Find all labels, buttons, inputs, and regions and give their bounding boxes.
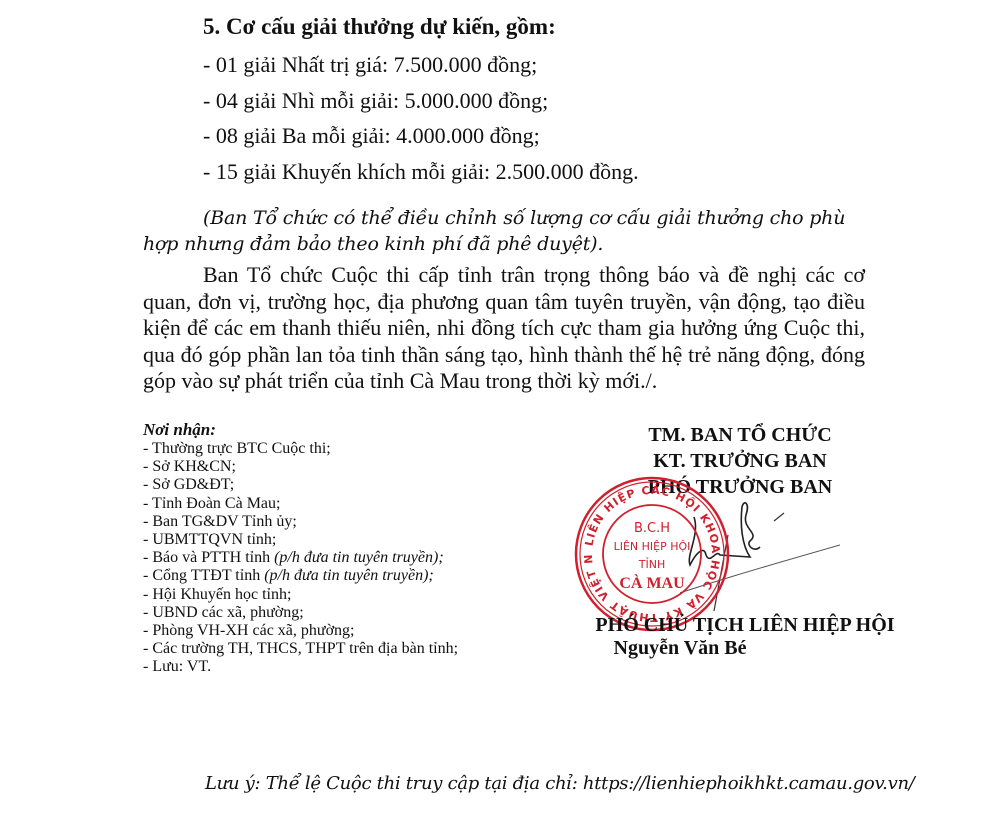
stamp-center-line: CÀ MAU xyxy=(619,573,685,592)
recipients-title: Nơi nhận: xyxy=(143,420,216,440)
recipient-item: - Ban TG&DV Tỉnh ủy; xyxy=(143,513,458,531)
signature-line: KT. TRƯỞNG BAN xyxy=(570,448,910,474)
recipient-item: - Các trường TH, THCS, THPT trên địa bàn… xyxy=(143,640,458,658)
recipient-name: - Ban TG&DV Tỉnh ủy; xyxy=(143,513,297,530)
recipient-item: - Hội Khuyến học tỉnh; xyxy=(143,586,458,604)
recipient-name: - Sở KH&CN; xyxy=(143,458,236,475)
recipient-item: - UBND các xã, phường; xyxy=(143,604,458,622)
recipient-name: - Hội Khuyến học tỉnh; xyxy=(143,586,291,603)
stamp-center-line: LIÊN HIỆP HỘI xyxy=(614,540,691,553)
recipient-name: - Tỉnh Đoàn Cà Mau; xyxy=(143,495,280,512)
prize-item: - 01 giải Nhất trị giá: 7.500.000 đồng; xyxy=(203,50,639,86)
recipient-item: - Sở KH&CN; xyxy=(143,458,458,476)
recipient-name: - Phòng VH-XH các xã, phường; xyxy=(143,622,354,639)
recipient-name: - Thường trực BTC Cuộc thi; xyxy=(143,440,331,457)
recipient-item: - Lưu: VT. xyxy=(143,658,458,676)
body-paragraph: Ban Tổ chức Cuộc thi cấp tỉnh trân trọng… xyxy=(143,262,865,395)
recipient-item: - UBMTTQVN tỉnh; xyxy=(143,531,458,549)
recipient-item: - Báo và PTTH tỉnh (p/h đưa tin tuyên tr… xyxy=(143,549,458,567)
prize-item: - 04 giải Nhì mỗi giải: 5.000.000 đồng; xyxy=(203,86,639,122)
recipient-item: - Cổng TTĐT tỉnh (p/h đưa tin tuyên truy… xyxy=(143,567,458,585)
recipient-note: (p/h đưa tin tuyên truyền); xyxy=(264,567,434,584)
signature-line: TM. BAN TỔ CHỨC xyxy=(570,422,910,448)
recipient-item: - Sở GD&ĐT; xyxy=(143,476,458,494)
recipient-name: - UBND các xã, phường; xyxy=(143,604,304,621)
prize-note: (Ban Tổ chức có thể điều chỉnh số lượng … xyxy=(143,205,863,257)
recipient-name: - Báo và PTTH tỉnh xyxy=(143,549,274,566)
prize-item: - 15 giải Khuyến khích mỗi giải: 2.500.0… xyxy=(203,157,639,193)
signer-name: Nguyễn Văn Bé xyxy=(575,636,785,660)
recipients-list: - Thường trực BTC Cuộc thi;- Sở KH&CN;- … xyxy=(143,440,458,676)
recipient-name: - Cổng TTĐT tỉnh xyxy=(143,567,264,584)
recipient-name: - Sở GD&ĐT; xyxy=(143,476,234,493)
prize-item: - 08 giải Ba mỗi giải: 4.000.000 đồng; xyxy=(203,121,639,157)
signer-position: PHÓ CHỦ TỊCH LIÊN HIỆP HỘI xyxy=(575,613,915,637)
section-heading: 5. Cơ cấu giải thưởng dự kiến, gồm: xyxy=(203,14,556,40)
prize-list: - 01 giải Nhất trị giá: 7.500.000 đồng; … xyxy=(203,50,639,192)
recipient-name: - Các trường TH, THCS, THPT trên địa bàn… xyxy=(143,640,458,657)
stamp-center-line: B.C.H xyxy=(634,521,670,536)
official-stamp: LIÊN HIỆP CÁC HỘI KHOA HỌC VÀ KỸ THUẬT V… xyxy=(572,474,732,634)
recipient-item: - Tỉnh Đoàn Cà Mau; xyxy=(143,495,458,513)
recipient-name: - Lưu: VT. xyxy=(143,658,211,675)
recipient-note: (p/h đưa tin tuyên truyền); xyxy=(274,549,444,566)
footnote: Lưu ý: Thể lệ Cuộc thi truy cập tại địa … xyxy=(205,773,915,794)
stamp-center-line: TỈNH xyxy=(638,557,665,571)
recipient-name: - UBMTTQVN tỉnh; xyxy=(143,531,276,548)
recipient-item: - Thường trực BTC Cuộc thi; xyxy=(143,440,458,458)
recipient-item: - Phòng VH-XH các xã, phường; xyxy=(143,622,458,640)
